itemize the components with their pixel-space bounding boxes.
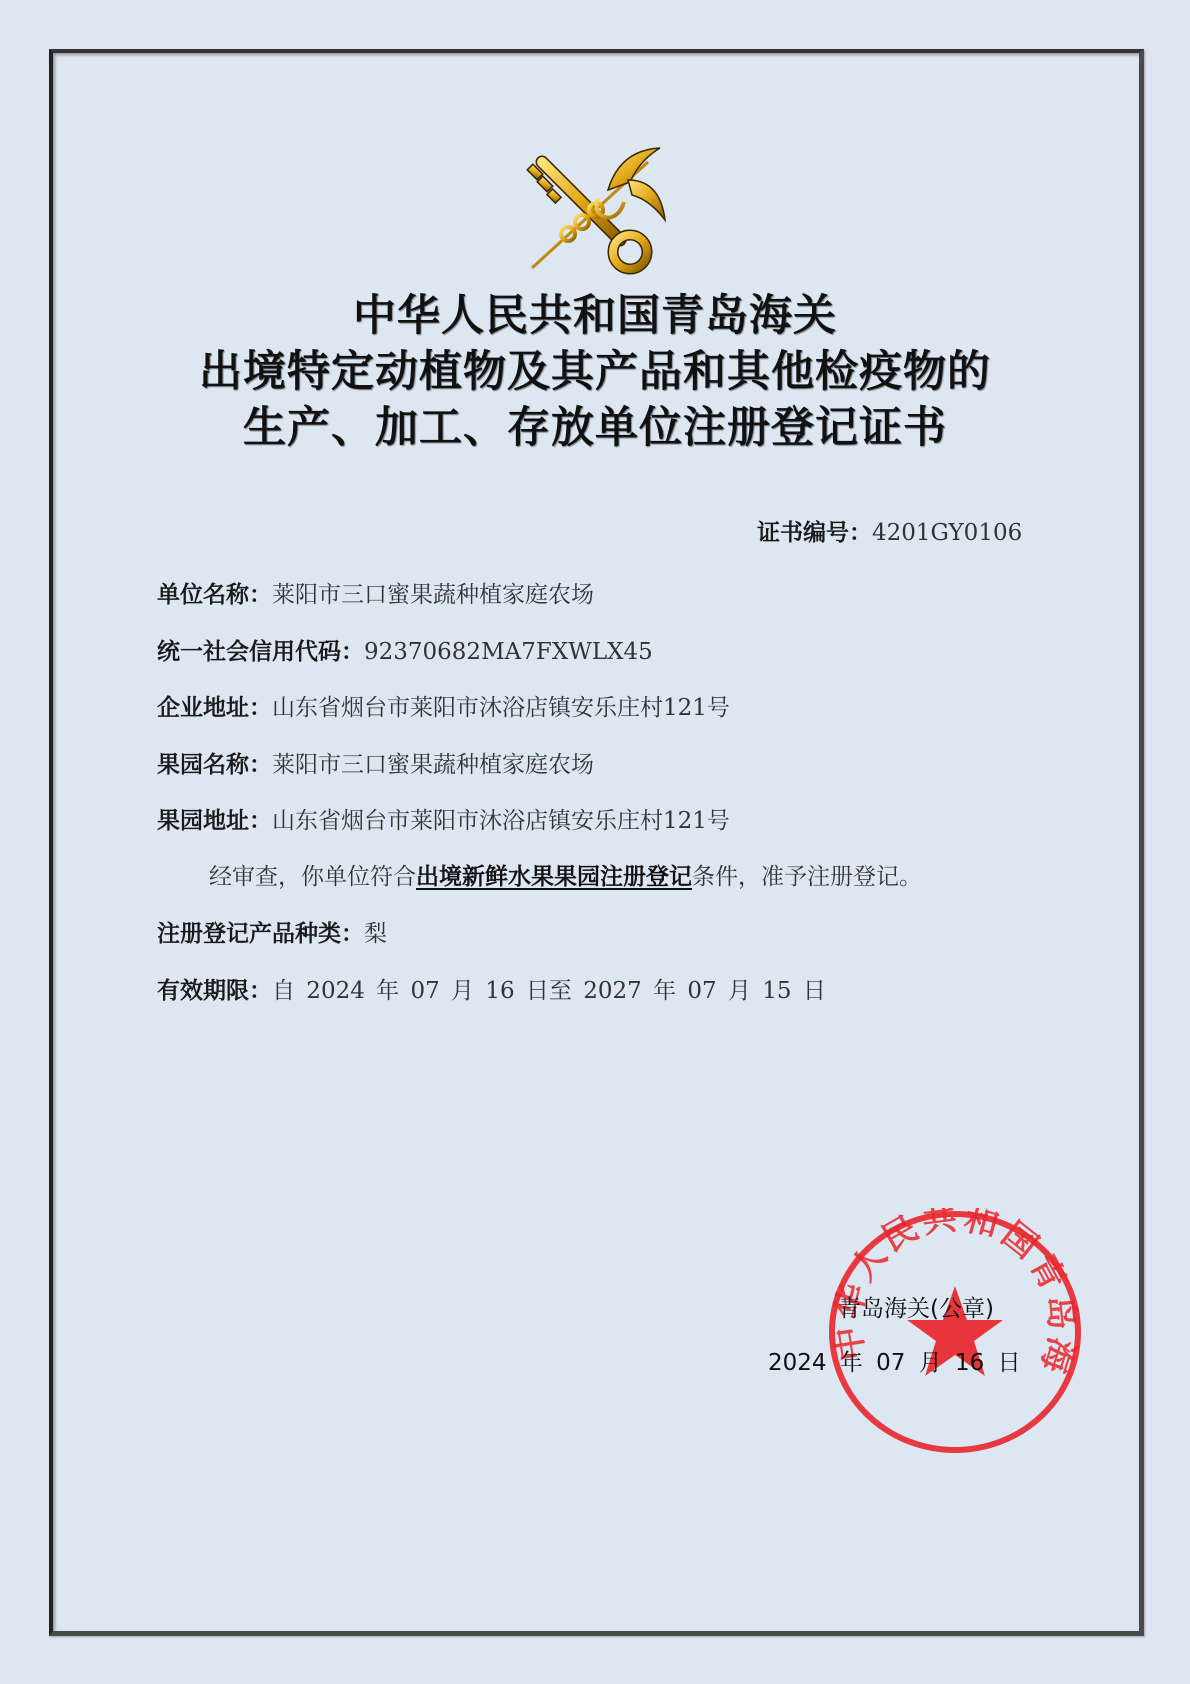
field-unit-name: 单位名称：莱阳市三口蜜果蔬种植家庭农场: [157, 578, 1037, 635]
issue-date: 2024 年 07 月 16 日: [768, 1344, 1021, 1377]
field-validity: 有效期限：自 2024 年 07 月 16 日至 2027 年 07 月 15 …: [157, 974, 1037, 1031]
field-orchard-name: 果园名称：莱阳市三口蜜果蔬种植家庭农场: [157, 748, 1037, 805]
field-label: 注册登记产品种类：: [157, 921, 364, 947]
issuer-signoff: 青岛海关(公章): [838, 1290, 994, 1323]
certificate-fields: 单位名称：莱阳市三口蜜果蔬种植家庭农场 统一社会信用代码：92370682MA7…: [157, 578, 1037, 1030]
statement-highlight: 出境新鲜水果果园注册登记: [416, 864, 692, 890]
title-line-2: 出境特定动植物及其产品和其他检疫物的: [0, 344, 1190, 400]
field-credit-code: 统一社会信用代码：92370682MA7FXWLX45: [157, 635, 1037, 692]
field-product-type: 注册登记产品种类：梨: [157, 917, 1037, 974]
field-value: 92370682MA7FXWLX45: [364, 639, 653, 665]
field-label: 统一社会信用代码：: [157, 639, 364, 665]
field-label: 单位名称：: [157, 582, 272, 608]
field-label: 企业地址：: [157, 695, 272, 721]
customs-emblem-icon: [520, 140, 670, 280]
statement-prefix: 经审查，你单位符合: [209, 864, 416, 890]
field-label: 有效期限：: [157, 978, 272, 1004]
field-value: 莱阳市三口蜜果蔬种植家庭农场: [272, 752, 594, 778]
field-value: 自 2024 年 07 月 16 日至 2027 年 07 月 15 日: [272, 978, 826, 1004]
field-value: 山东省烟台市莱阳市沐浴店镇安乐庄村121号: [272, 695, 730, 721]
field-label: 果园地址：: [157, 808, 272, 834]
statement-suffix: 条件，准予注册登记。: [692, 864, 922, 890]
approval-statement: 经审查，你单位符合出境新鲜水果果园注册登记条件，准予注册登记。: [157, 849, 1037, 906]
field-value: 莱阳市三口蜜果蔬种植家庭农场: [272, 582, 594, 608]
title-line-3: 生产、加工、存放单位注册登记证书: [0, 400, 1190, 456]
certificate-number: 证书编号：4201GY0106: [757, 514, 1022, 547]
certificate-number-value: 4201GY0106: [872, 520, 1022, 546]
certificate-title: 中华人民共和国青岛海关 出境特定动植物及其产品和其他检疫物的 生产、加工、存放单…: [0, 288, 1190, 456]
official-seal-icon: 中华人民共和国青岛海关: [826, 1208, 1084, 1456]
certificate-number-label: 证书编号：: [757, 520, 872, 546]
title-line-1: 中华人民共和国青岛海关: [0, 288, 1190, 344]
field-label: 果园名称：: [157, 752, 272, 778]
field-enterprise-address: 企业地址：山东省烟台市莱阳市沐浴店镇安乐庄村121号: [157, 691, 1037, 748]
field-value: 山东省烟台市莱阳市沐浴店镇安乐庄村121号: [272, 808, 730, 834]
field-value: 梨: [364, 921, 387, 947]
